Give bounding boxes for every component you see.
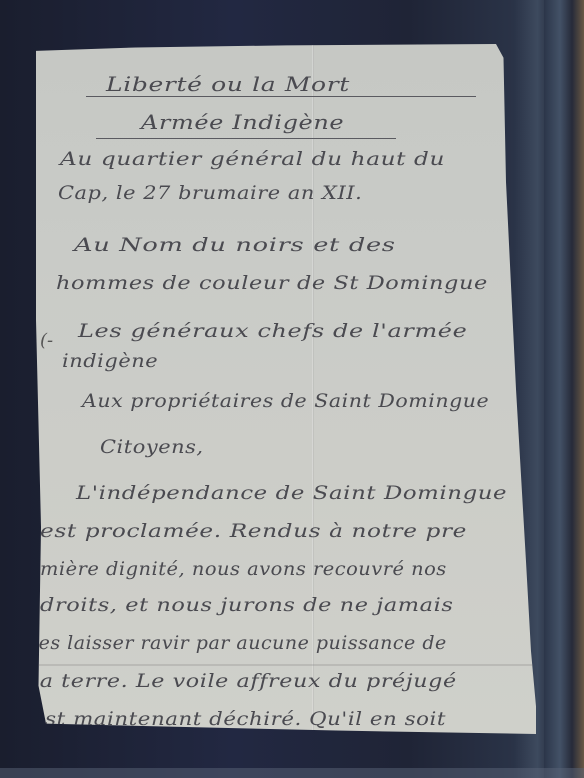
header-motto: Liberté ou la Mort	[106, 72, 350, 96]
text-line-3: Au Nom du noirs et des	[74, 234, 396, 256]
margin-mark: (-	[40, 330, 53, 351]
text-line-11: mière dignité, nous avons recouvré nos	[40, 558, 447, 580]
text-line-5: Les généraux chefs de l'armée	[78, 320, 467, 342]
text-line-13: les laisser ravir par aucune puissance d…	[32, 632, 447, 654]
header-subtitle: Armée Indigène	[141, 110, 344, 134]
text-line-4: hommes de couleur de St Domingue	[56, 272, 488, 294]
text-line-9: L'indépendance de Saint Domingue	[76, 482, 507, 504]
text-line-14: la terre. Le voile affreux du préjugé	[32, 670, 457, 692]
text-line-1: Au quartier général du haut du	[60, 148, 445, 170]
text-line-7: Aux propriétaires de Saint Domingue	[82, 390, 489, 412]
frame-bottom-edge	[0, 768, 584, 778]
header-underline	[96, 138, 396, 139]
horizontal-fold	[36, 664, 536, 666]
header-strike-rule	[86, 96, 476, 97]
frame-edge	[544, 0, 584, 778]
text-line-12: droits, et nous jurons de ne jamais	[40, 594, 453, 616]
text-line-8: Citoyens,	[100, 436, 204, 458]
text-line-6: indigène	[62, 350, 158, 372]
text-line-2: Cap, le 27 brumaire an XII.	[58, 182, 362, 204]
manuscript-page: Liberté ou la Mort Armée Indigène Au qua…	[36, 44, 536, 734]
text-line-10: est proclamée. Rendus à notre pre	[40, 520, 467, 542]
